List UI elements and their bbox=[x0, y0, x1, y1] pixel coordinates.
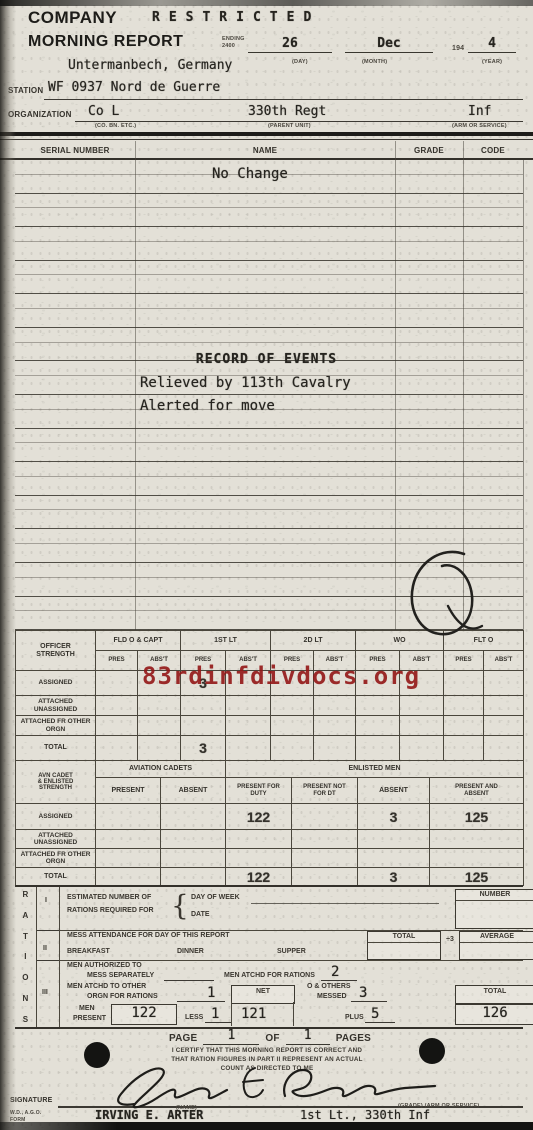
pages-number: 1 bbox=[286, 1028, 330, 1045]
men-atchd-rations-value: 2 bbox=[331, 964, 339, 981]
assigned-present-and-absent: 125 bbox=[430, 804, 524, 830]
rations-section-2: MESS ATTENDANCE FOR DAY OF THIS REPORT B… bbox=[59, 930, 523, 961]
rank-1st-lt: 1ST LT bbox=[181, 631, 271, 651]
orgn-for-rations-label: ORGN FOR RATIONS bbox=[87, 993, 158, 1001]
plus-label: PLUS bbox=[345, 1014, 364, 1022]
rations-total-box: 126 bbox=[455, 1004, 533, 1025]
section-iii: III bbox=[42, 989, 48, 997]
less-label: LESS bbox=[185, 1014, 203, 1022]
month-value: Dec bbox=[345, 36, 433, 53]
mess-attendance-title: MESS ATTENDANCE FOR DAY OF THIS REPORT bbox=[67, 932, 230, 940]
year-label: (YEAR) bbox=[482, 60, 502, 66]
total-box-label: TOTAL bbox=[455, 985, 533, 1004]
rations-numeral-column: I II III bbox=[37, 887, 60, 1027]
enlisted-row-attached-unassigned: ATTACHED UNASSIGNED bbox=[16, 830, 524, 849]
org-unit-label: (CO. BN. ETC.) bbox=[95, 124, 136, 130]
parent-unit-label: (PARENT UNIT) bbox=[268, 124, 311, 130]
roster-entry-no-change: No Change bbox=[212, 166, 288, 183]
scan-edge-top bbox=[0, 0, 533, 6]
col-header-code: CODE bbox=[464, 146, 522, 155]
signature-label: SIGNATURE bbox=[10, 1097, 53, 1105]
pres-header: PRES bbox=[96, 651, 138, 671]
enlisted-row-assigned: ASSIGNED 122 3 125 bbox=[16, 804, 524, 830]
section-i: I bbox=[45, 897, 47, 905]
mess-total-box: TOTAL bbox=[367, 931, 441, 960]
section-ii: II bbox=[43, 945, 47, 953]
arm-label: (ARM OR SERVICE) bbox=[452, 124, 507, 130]
officer-row-attached-unassigned: ATTACHED UNASSIGNED bbox=[16, 696, 524, 716]
col-header-name: NAME bbox=[136, 146, 394, 155]
men-present-box: 122 bbox=[111, 1004, 177, 1025]
men-label: MEN bbox=[79, 1005, 95, 1013]
rations-section-3: MEN AUTHORIZED TO MESS SEPARATELY MEN AT… bbox=[59, 960, 523, 1027]
breakfast-label: BREAKFAST bbox=[67, 948, 110, 956]
ending-time: 2400 bbox=[222, 44, 235, 50]
org-unit-value: Co L bbox=[88, 104, 119, 120]
officer-strength-title: OFFICERSTRENGTH bbox=[16, 631, 96, 671]
col-header-serial: SERIAL NUMBER bbox=[15, 146, 135, 155]
plus-value: 5 bbox=[371, 1006, 379, 1023]
form-title-morning-report: MORNING REPORT bbox=[28, 33, 183, 51]
col-header-grade: GRADE bbox=[396, 146, 462, 155]
signature-scrawl bbox=[105, 1060, 445, 1110]
rations-section-1: ESTIMATED NUMBER OF RATIONS REQUIRED FOR… bbox=[59, 887, 523, 931]
day-value: 26 bbox=[248, 36, 332, 53]
year-value: 4 bbox=[468, 36, 516, 53]
watermark-text: 83rdinfdivdocs.org bbox=[142, 662, 420, 690]
cadets-present-header: PRESENT bbox=[96, 778, 161, 804]
brace: { bbox=[171, 889, 189, 922]
men-atchd-other-label: MEN ATCHD TO OTHER bbox=[67, 983, 146, 991]
group-enlisted-men: ENLISTED MEN bbox=[226, 761, 524, 778]
messed-value: 3 bbox=[359, 985, 367, 1002]
cadet-enlisted-title: AVN CADET& ENLISTEDSTRENGTH bbox=[16, 761, 96, 804]
enlisted-pfd-header: PRESENT FOR DUTY bbox=[226, 778, 292, 804]
rank-fldo-capt: FLD O & CAPT bbox=[96, 631, 181, 651]
parent-unit-value: 330th Regt bbox=[248, 104, 326, 120]
assigned-absent: 3 bbox=[358, 804, 430, 830]
cadets-absent-header: ABSENT bbox=[161, 778, 226, 804]
rations-vertical-label: RA TI ON S bbox=[15, 887, 37, 1027]
pages-label: PAGES bbox=[336, 1033, 371, 1045]
officer-row-attached-fr-other: ATTACHED FR OTHER ORGN bbox=[16, 716, 524, 736]
messed-label: MESSED bbox=[317, 993, 347, 1001]
record-of-events-title: RECORD OF EVENTS bbox=[0, 352, 533, 368]
enlisted-strength-table: AVN CADET& ENLISTEDSTRENGTH AVIATION CAD… bbox=[15, 760, 524, 886]
page-line: PAGE 1 OF 1 PAGES bbox=[120, 1028, 420, 1045]
men-authorized-label: MEN AUTHORIZED TO bbox=[67, 962, 142, 970]
enlisted-absent-header: ABSENT bbox=[358, 778, 430, 804]
place-value: Untermanbech, Germany bbox=[68, 58, 232, 74]
estimated-label-2: RATIONS REQUIRED FOR bbox=[67, 907, 154, 915]
of-label: OF bbox=[265, 1033, 279, 1045]
dinner-label: DINNER bbox=[177, 948, 204, 956]
arm-value: Inf bbox=[468, 104, 491, 120]
grade-unit-value: 1st Lt., 330th Inf bbox=[300, 1108, 430, 1122]
day-label: (DAY) bbox=[292, 60, 308, 66]
enlisted-row-total: TOTAL 122 3 125 bbox=[16, 868, 524, 886]
total-present-and-absent: 125 bbox=[430, 868, 524, 886]
present-label: PRESENT bbox=[73, 1015, 106, 1023]
scan-edge-left bbox=[0, 0, 16, 1130]
less-value: 1 bbox=[211, 1006, 219, 1023]
year-prefix: 194 bbox=[452, 45, 464, 52]
morning-report-scan: COMPANY RESTRICTED MORNING REPORT ENDING… bbox=[0, 0, 533, 1130]
ending-label: ENDING bbox=[222, 37, 245, 43]
month-label: (MONTH) bbox=[362, 60, 387, 66]
enlisted-row-attached-fr-other: ATTACHED FR OTHER ORGN bbox=[16, 849, 524, 868]
page-label: PAGE bbox=[169, 1033, 197, 1045]
day-of-week-label: DAY OF WEEK bbox=[191, 894, 240, 902]
event-line-2: Alerted for move bbox=[140, 398, 275, 415]
officer-row-total: TOTAL 3 bbox=[16, 736, 524, 761]
average-box: AVERAGE bbox=[459, 931, 533, 960]
restricted-stamp: RESTRICTED bbox=[152, 10, 320, 26]
enlisted-pa-header: PRESENT AND ABSENT bbox=[430, 778, 524, 804]
header-divider bbox=[0, 132, 533, 136]
o-and-others-label: O & OTHERS bbox=[307, 983, 351, 991]
net-box: NET bbox=[231, 985, 295, 1004]
assigned-present-for-duty: 122 bbox=[226, 804, 292, 830]
net-value: 121 bbox=[241, 1006, 266, 1023]
total-absent: 3 bbox=[358, 868, 430, 886]
supper-label: SUPPER bbox=[277, 948, 306, 956]
number-box: NUMBER bbox=[455, 889, 533, 929]
mess-separately-label: MESS SEPARATELY bbox=[87, 972, 154, 980]
officer-strength-table: OFFICERSTRENGTH FLD O & CAPT 1ST LT 2D L… bbox=[15, 630, 524, 761]
rank-2d-lt: 2D LT bbox=[271, 631, 356, 651]
group-aviation-cadets: AVIATION CADETS bbox=[96, 761, 226, 778]
divide-by-three: ÷3 bbox=[444, 935, 456, 944]
station-value: WF 0937 Nord de Guerre bbox=[48, 80, 220, 96]
total-present-for-duty: 122 bbox=[226, 868, 292, 886]
event-line-1: Relieved by 113th Cavalry bbox=[140, 375, 351, 392]
men-atchd-rations-label: MEN ATCHD FOR RATIONS bbox=[224, 972, 315, 980]
officer-total-1stlt-pres: 3 bbox=[181, 736, 226, 761]
orgn-rations-value: 1 bbox=[207, 985, 215, 1002]
handwritten-scribble bbox=[398, 548, 493, 643]
form-title-company: COMPANY bbox=[28, 8, 117, 28]
rations-panel: RA TI ON S I II III ESTIMATED NUMBER OF … bbox=[15, 885, 523, 1029]
organization-label: ORGANIZATION bbox=[8, 110, 72, 119]
date-label: DATE bbox=[191, 911, 210, 919]
scan-edge-bottom bbox=[0, 1122, 533, 1130]
page-number: 1 bbox=[203, 1028, 259, 1045]
enlisted-pnfd-header: PRESENT NOT FOR DT bbox=[292, 778, 358, 804]
estimated-label-1: ESTIMATED NUMBER OF bbox=[67, 894, 151, 902]
